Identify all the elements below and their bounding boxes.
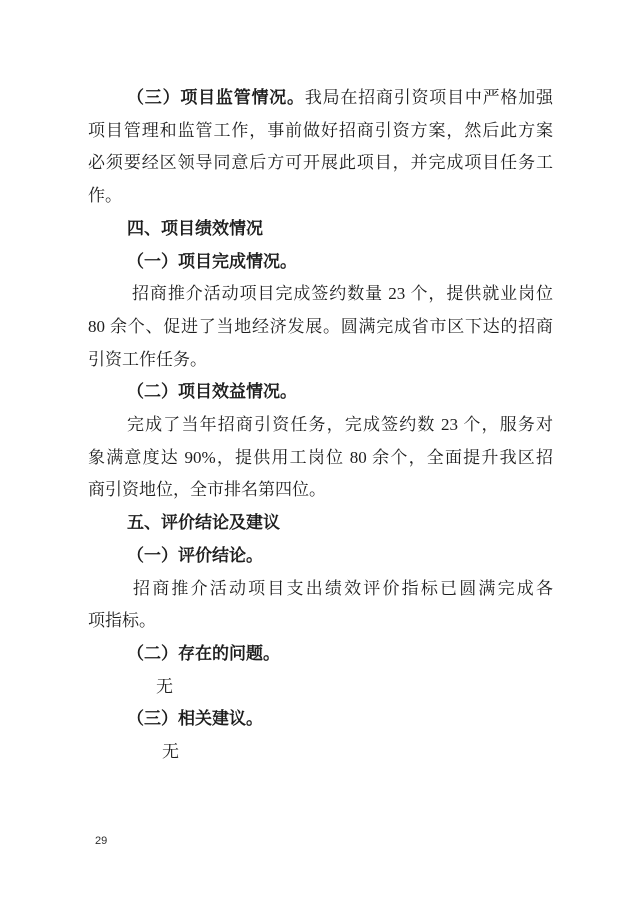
body-text: 作。 bbox=[88, 186, 122, 205]
doc-line: （二）存在的问题。 bbox=[88, 638, 553, 671]
body-text: 80 余个、促进了当地经济发展。圆满完成省市区下达的招商 bbox=[88, 317, 553, 336]
document-body: （三）项目监管情况。我局在招商引资项目中严格加强项目管理和监管工作，事前做好招商… bbox=[88, 82, 553, 769]
page-number: 29 bbox=[95, 834, 107, 848]
doc-line: 五、评价结论及建议 bbox=[88, 507, 553, 540]
body-text: 象满意度达 90%，提供用工岗位 80 余个，全面提升我区招 bbox=[88, 448, 553, 467]
doc-line: 项目管理和监管工作，事前做好招商引资方案，然后此方案 bbox=[88, 115, 553, 148]
doc-line: 完成了当年招商引资任务，完成签约数 23 个，服务对 bbox=[88, 409, 553, 442]
doc-line: （三）项目监管情况。我局在招商引资项目中严格加强 bbox=[88, 82, 553, 115]
doc-line: 无 bbox=[88, 671, 553, 704]
body-text: 商引资地位，全市排名第四位。 bbox=[88, 480, 326, 499]
doc-line: （三）相关建议。 bbox=[88, 703, 553, 736]
body-text: 我局在招商引资项目中严格加强 bbox=[305, 88, 553, 107]
subsection-heading-text: （三）项目监管情况。 bbox=[127, 88, 305, 107]
doc-line: （一）项目完成情况。 bbox=[88, 246, 553, 279]
doc-line: 作。 bbox=[88, 180, 553, 213]
subsection-heading-text: （二）存在的问题。 bbox=[127, 644, 280, 663]
doc-line: 引资工作任务。 bbox=[88, 344, 553, 377]
body-text: 招商推介活动项目完成签约数量 23 个，提供就业岗位 bbox=[132, 284, 553, 303]
subsection-heading-text: （二）项目效益情况。 bbox=[127, 382, 297, 401]
doc-line: 商引资地位，全市排名第四位。 bbox=[88, 474, 553, 507]
body-text: 项指标。 bbox=[88, 611, 156, 630]
section-heading-text: 四、项目绩效情况 bbox=[127, 219, 263, 238]
subsection-heading-text: （三）相关建议。 bbox=[127, 709, 263, 728]
doc-line: （一）评价结论。 bbox=[88, 540, 553, 573]
doc-line: 项指标。 bbox=[88, 605, 553, 638]
doc-line: 无 bbox=[88, 736, 553, 769]
doc-line: （二）项目效益情况。 bbox=[88, 376, 553, 409]
body-text: 必须要经区领导同意后方可开展此项目，并完成项目任务工 bbox=[88, 153, 553, 172]
subsection-heading-text: （一）评价结论。 bbox=[127, 546, 263, 565]
doc-line: 象满意度达 90%，提供用工岗位 80 余个，全面提升我区招 bbox=[88, 442, 553, 475]
body-text: 无 bbox=[156, 677, 173, 696]
body-text: 项目管理和监管工作，事前做好招商引资方案，然后此方案 bbox=[88, 121, 553, 140]
doc-line: 招商推介活动项目完成签约数量 23 个，提供就业岗位 bbox=[88, 278, 553, 311]
body-text: 招商推介活动项目支出绩效评价指标已圆满完成各 bbox=[133, 579, 553, 598]
body-text: 完成了当年招商引资任务，完成签约数 23 个，服务对 bbox=[127, 415, 553, 434]
body-text: 无 bbox=[162, 742, 179, 761]
section-heading-text: 五、评价结论及建议 bbox=[127, 513, 280, 532]
subsection-heading-text: （一）项目完成情况。 bbox=[127, 252, 297, 271]
doc-line: 80 余个、促进了当地经济发展。圆满完成省市区下达的招商 bbox=[88, 311, 553, 344]
body-text: 引资工作任务。 bbox=[88, 350, 207, 369]
doc-line: 四、项目绩效情况 bbox=[88, 213, 553, 246]
doc-line: 招商推介活动项目支出绩效评价指标已圆满完成各 bbox=[88, 573, 553, 606]
doc-line: 必须要经区领导同意后方可开展此项目，并完成项目任务工 bbox=[88, 147, 553, 180]
